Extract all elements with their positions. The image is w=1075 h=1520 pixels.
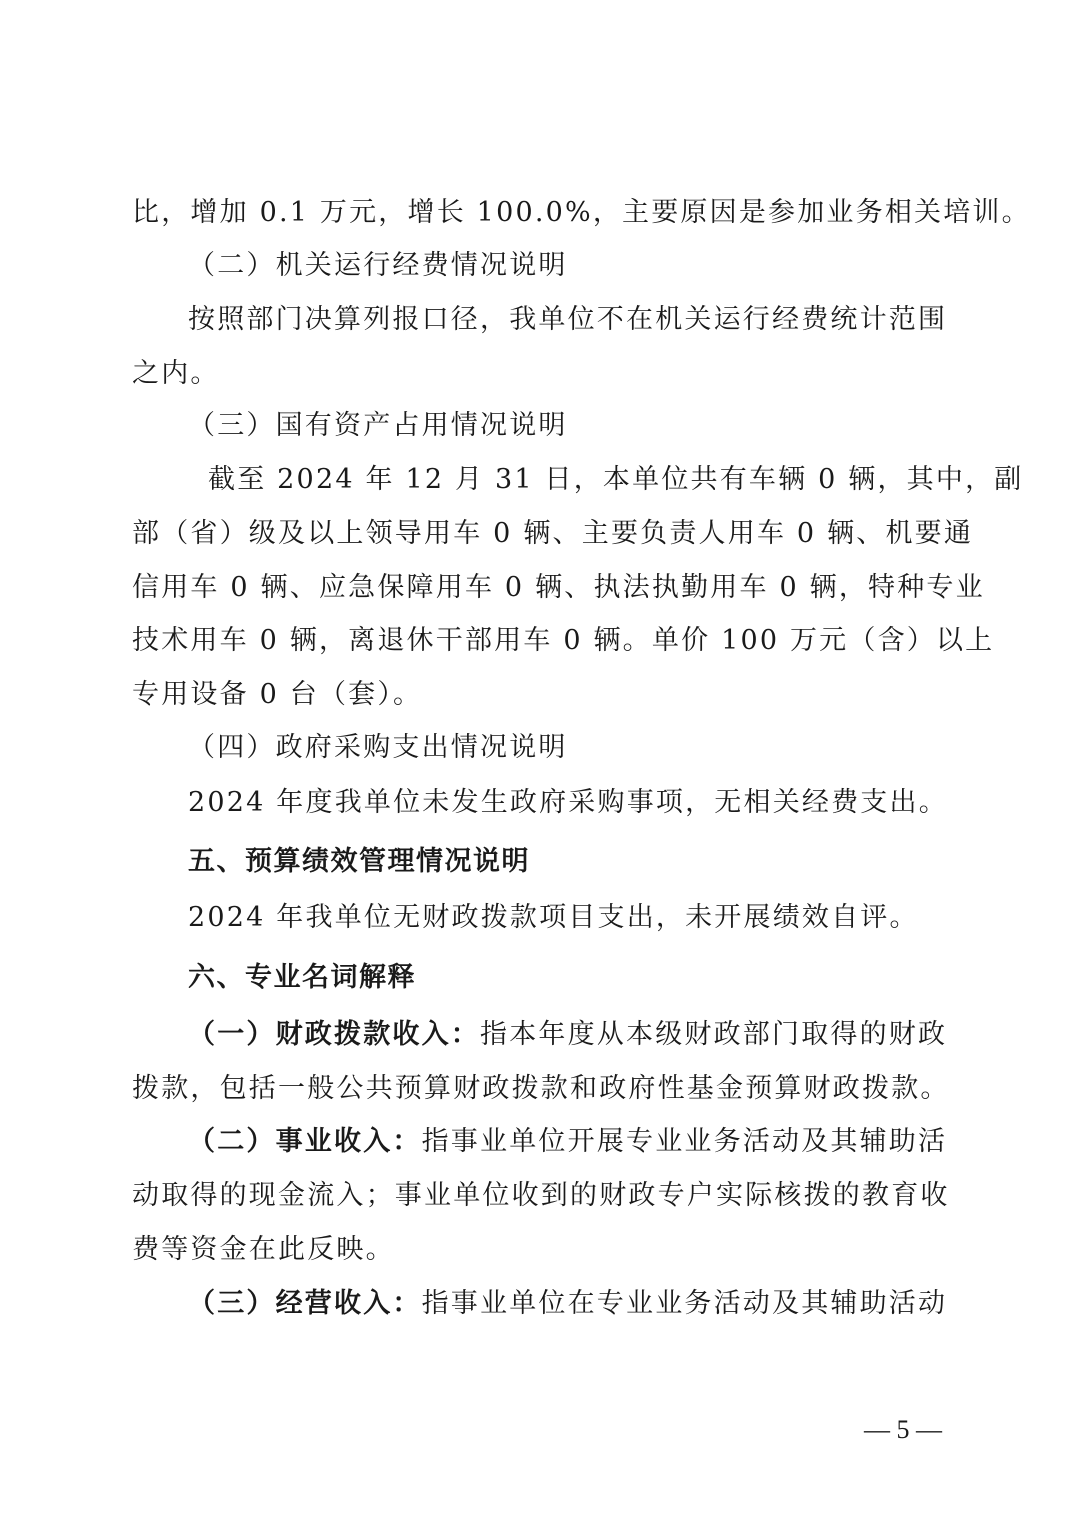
glossary-term: （三）经营收入： [188, 1288, 422, 1319]
section-heading-glossary: 六、专业名词解释 [188, 958, 1000, 998]
section-heading-performance: 五、预算绩效管理情况说明 [188, 842, 1000, 882]
subheading-state-assets: （三）国有资产占用情况说明 [188, 406, 1000, 446]
paragraph-line: 2024 年我单位无财政拨款项目支出，未开展绩效自评。 [188, 898, 1000, 938]
glossary-definition: 指本年度从本级财政部门取得的财政 [480, 1019, 947, 1050]
paragraph-line: 技术用车 0 辆，离退休干部用车 0 辆。单价 100 万元（含）以上 [132, 621, 944, 661]
paragraph-line: 2024 年度我单位未发生政府采购事项，无相关经费支出。 [188, 783, 1000, 823]
glossary-entry-line: （二）事业收入：指事业单位开展专业业务活动及其辅助活 [188, 1122, 944, 1162]
paragraph-line: 动取得的现金流入；事业单位收到的财政专户实际核拨的教育收 [132, 1176, 944, 1216]
paragraph-line: 信用车 0 辆、应急保障用车 0 辆、执法执勤用车 0 辆，特种专业 [132, 568, 944, 608]
paragraph-line: 比，增加 0.1 万元，增长 100.0%，主要原因是参加业务相关培训。 [132, 193, 944, 233]
paragraph-line: 按照部门决算列报口径，我单位不在机关运行经费统计范围 [188, 300, 944, 340]
paragraph-line: 费等资金在此反映。 [132, 1230, 944, 1270]
glossary-definition: 指事业单位在专业业务活动及其辅助活动 [422, 1288, 948, 1319]
paragraph-line: 截至 2024 年 12 月 31 日，本单位共有车辆 0 辆，其中，副 [208, 460, 944, 500]
document-page: 比，增加 0.1 万元，增长 100.0%，主要原因是参加业务相关培训。 （二）… [0, 0, 1075, 1520]
paragraph-line: 之内。 [132, 354, 944, 394]
paragraph-line: 部（省）级及以上领导用车 0 辆、主要负责人用车 0 辆、机要通 [132, 514, 944, 554]
glossary-entry-line: （三）经营收入：指事业单位在专业业务活动及其辅助活动 [188, 1284, 944, 1324]
subheading-operating-expenses: （二）机关运行经费情况说明 [188, 246, 1000, 286]
page-number: — 5 — [858, 1412, 948, 1448]
paragraph-line: 拨款，包括一般公共预算财政拨款和政府性基金预算财政拨款。 [132, 1069, 944, 1109]
glossary-term: （二）事业收入： [188, 1126, 422, 1157]
paragraph-line: 专用设备 0 台（套）。 [132, 675, 944, 715]
glossary-entry-line: （一）财政拨款收入：指本年度从本级财政部门取得的财政 [188, 1015, 944, 1055]
glossary-definition: 指事业单位开展专业业务活动及其辅助活 [422, 1126, 948, 1157]
subheading-procurement: （四）政府采购支出情况说明 [188, 728, 1000, 768]
glossary-term: （一）财政拨款收入： [188, 1019, 480, 1050]
